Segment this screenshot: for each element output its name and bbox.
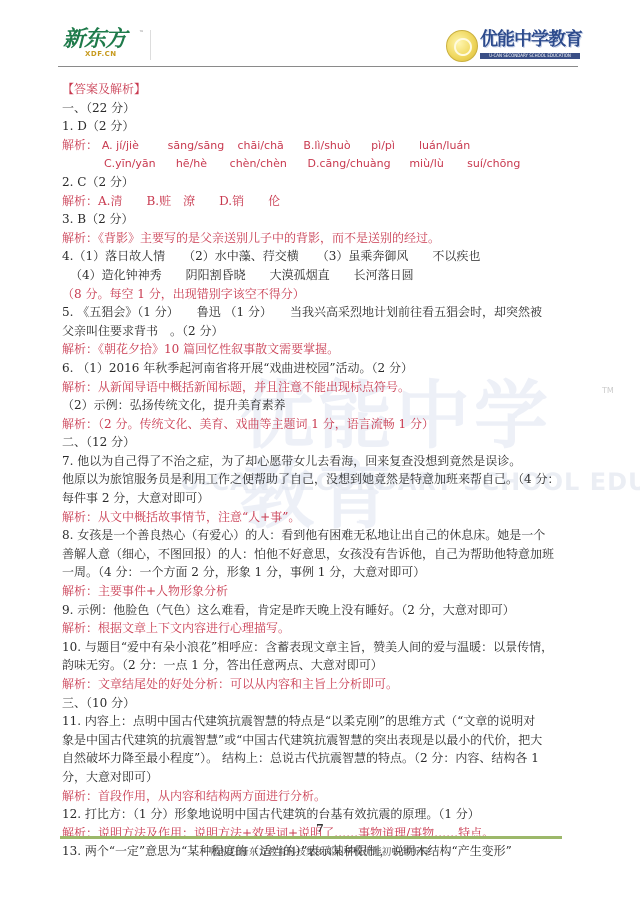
pinyin-item: pì/pì xyxy=(371,137,415,156)
pinyin-item: luán/luán xyxy=(419,137,470,156)
answer-q3: 3. B（2 分） xyxy=(62,210,582,229)
explanation-q10: 解析：文章结尾处的好处分析：可以从内容和主旨上分析即可。 xyxy=(62,675,582,694)
footer-divider xyxy=(60,836,562,839)
answer-q2: 2. C（2 分） xyxy=(62,173,582,192)
pinyin-item: chāi/chā xyxy=(238,137,300,156)
pinyin-item: D.cāng/chuàng xyxy=(307,155,405,174)
xdf-logo-text: 新东方 xyxy=(63,28,141,52)
copyright-notice: 版权归新东方教育科技集团郑州学校优能初中部所有 xyxy=(0,844,640,858)
section-3-heading: 三、（10 分） xyxy=(62,694,582,713)
pinyin-item: C.yīn/yān xyxy=(104,155,172,174)
pinyin-item: sāng/sāng xyxy=(168,137,234,156)
explanation-q8: 解析：主要事件+人物形象分析 xyxy=(62,582,582,601)
answer-q12: 12. 打比方：（1 分）形象地说明中国古代建筑的台基有效抗震的原理。（1 分） xyxy=(62,805,582,824)
ucan-logo-sub: U-CAN SECONDARY SCHOOL EDUCATION xyxy=(480,53,580,59)
explanation-q6-2: 解析：（2 分。传统文化、美育、戏曲等主题词 1 分，语言流畅 1 分） xyxy=(62,415,582,434)
answer-q6-line1: 6. （1）2016 年秋季起河南省将开展“戏曲进校园”活动。（2 分） xyxy=(62,359,582,378)
answer-q10-line1: 10. 与题目“爱中有朵小浪花”相呼应：含蓄表现文章主旨，赞美人间的爱与温暖：以… xyxy=(62,638,582,657)
explanation-q9: 解析：根据文章上下文内容进行心理描写。 xyxy=(62,619,582,638)
explanation-q1-row2: C.yīn/yān hē/hè chèn/chèn D.cāng/chuàng … xyxy=(62,154,582,173)
answer-q7-line1: 7. 他以为自己得了不治之症，为了却心愿带女儿去看海，回来复查没想到竟然是误诊。 xyxy=(62,452,582,471)
pinyin-item: A. jí/jiè xyxy=(102,137,164,156)
explanation-label: 解析： xyxy=(62,136,98,155)
answer-q6-line2: （2）示例：弘扬传统文化，提升美育素养 xyxy=(62,396,582,415)
answer-q8-line1: 8. 女孩是一个善良热心（有爱心）的人：看到他有困难无私地让出自己的休息床。她是… xyxy=(62,526,582,545)
pinyin-item: B.lì/shuò xyxy=(303,137,367,156)
answer-q7-line2: 他原以为旅馆服务员是利用工作之便帮助了自己，没想到她竟然是特意加班来帮自己。（4… xyxy=(62,470,582,489)
answer-q11-line3: 自然破坏力降至最小程度”）。 结构上：总说古代抗震智慧的特点。（2 分：内容、结… xyxy=(62,749,582,768)
section-2-heading: 二、（12 分） xyxy=(62,433,582,452)
answer-q4-line2: （4）造化钟神秀 阴阳割昏晓 大漠孤烟直 长河落日圆 xyxy=(62,266,582,285)
answer-q9: 9. 示例：他脸色（气色）这么难看，肯定是昨天晚上没有睡好。（2 分，大意对即可… xyxy=(62,601,582,620)
pinyin-item: miù/lù xyxy=(409,155,463,174)
explanation-q3: 解析：《背影》主要写的是父亲送别儿子中的背影，而不是送别的经过。 xyxy=(62,229,582,248)
ucan-logo-text: 优能中学教育 xyxy=(480,30,582,50)
answer-q4-line1: 4.（1）落日故人情 （2）水中藻、荇交横 （3）虽乘奔御风 不以疾也 xyxy=(62,247,582,266)
answer-q11-line2: 象是中国古代建筑的抗震智慧”或“中国古代建筑抗震智慧的突出表现是以最小的代价，把… xyxy=(62,731,582,750)
explanation-q7: 解析：从文中概括故事情节，注意“人+事”。 xyxy=(62,508,582,527)
answer-q8-line3: 一周。（4 分：一个方面 2 分，形象 1 分，事例 1 分，大意对即可） xyxy=(62,563,582,582)
answer-q5-line2: 父亲叫住要求背书 。（2 分） xyxy=(62,322,582,341)
answer-q10-line2: 韵味无穷。（2 分：一点 1 分，答出任意两点、大意对即可） xyxy=(62,656,582,675)
page-header: 新东方 XDF.CN ™ 优能中学教育 U-CAN SECONDARY SCHO… xyxy=(0,0,640,66)
answer-q11-line4: 分，大意对即可） xyxy=(62,768,582,787)
pinyin-item: chèn/chèn xyxy=(230,155,304,174)
pinyin-item: hē/hè xyxy=(176,155,226,174)
explanation-q4: （8 分。每空 1 分，出现错别字该空不得分） xyxy=(62,285,582,304)
ucan-ball-icon xyxy=(446,30,478,62)
answer-q11-line1: 11. 内容上：点明中国古代建筑抗震智慧的特点是“以柔克刚”的思维方式（“文章的… xyxy=(62,712,582,731)
explanation-q1-row1: 解析： A. jí/jiè sāng/sāng chāi/chā B.lì/sh… xyxy=(62,136,582,155)
section-1-heading: 一、（22 分） xyxy=(62,99,582,118)
trademark-icon: ™ xyxy=(139,30,144,36)
page-number: 7 xyxy=(0,822,640,835)
explanation-q6-1: 解析：从新闻导语中概括新闻标题，并且注意不能出现标点符号。 xyxy=(62,378,582,397)
xdf-logo: 新东方 XDF.CN ™ xyxy=(63,28,141,62)
ucan-logo: 优能中学教育 U-CAN SECONDARY SCHOOL EDUCATION xyxy=(446,26,586,66)
section-title: 【答案及解析】 xyxy=(62,80,582,99)
answer-q8-line2: 善解人意（细心，不图回报）的人：怕他不好意思，女孩没有告诉他，自己为帮助他特意加… xyxy=(62,545,582,564)
explanation-q11: 解析：首段作用，从内容和结构两方面进行分析。 xyxy=(62,787,582,806)
pinyin-item: suí/chōng xyxy=(467,155,520,174)
explanation-q2: 解析：A.清 B.赃 潦 D.销 伦 xyxy=(62,192,582,211)
watermark-tm: TM xyxy=(602,386,614,395)
answer-content: 【答案及解析】 一、（22 分） 1. D（2 分） 解析： A. jí/jiè… xyxy=(62,80,582,861)
answer-q1: 1. D（2 分） xyxy=(62,117,582,136)
logo-divider xyxy=(150,30,151,60)
xdf-logo-sub: XDF.CN xyxy=(85,50,117,58)
explanation-q5: 解析：《朝花夕拾》10 篇回忆性叙事散文需要掌握。 xyxy=(62,340,582,359)
answer-q5-line1: 5. 《五猖会》（1 分） 鲁迅 （1 分） 当我兴高采烈地计划前往看五猖会时，… xyxy=(62,303,582,322)
answer-q7-line3: 每件事 2 分，大意对即可） xyxy=(62,489,582,508)
header-divider xyxy=(58,66,578,67)
